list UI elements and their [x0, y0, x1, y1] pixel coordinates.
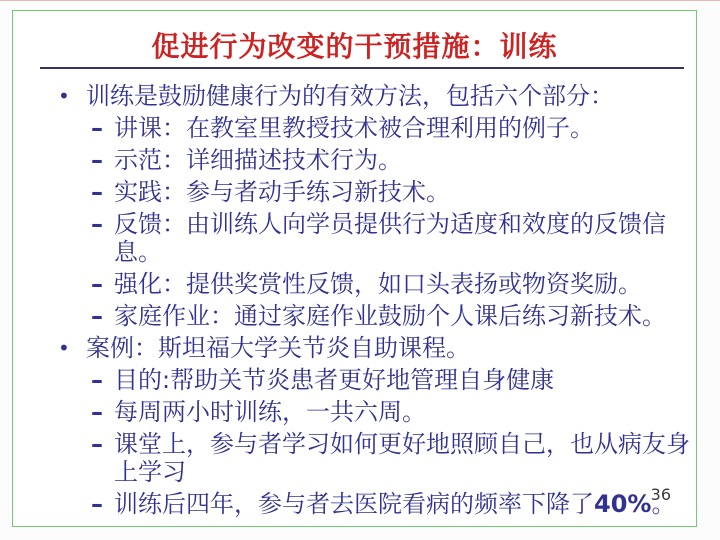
bullet-item: – 目的:帮助关节炎患者更好地管理自身健康: [91, 366, 690, 394]
bullet-item: – 实践：参与者动手练习新技术。: [91, 178, 690, 206]
bullet-text: 每周两小时训练，一共六周。: [114, 398, 426, 426]
bullet-item: – 训练后四年，参与者去医院看病的频率下降了40%。: [91, 490, 690, 518]
slide-title: 促进行为改变的干预措施：训练: [23, 31, 686, 63]
bullet-marker-icon: –: [91, 302, 114, 330]
bullet-list: • 训练是鼓励健康行为的有效方法，包括六个部分： – 讲课：在教室里教授技术被合…: [13, 82, 696, 518]
bullet-marker-icon: –: [91, 366, 114, 394]
bullet-text: 训练是鼓励健康行为的有效方法，包括六个部分：: [86, 82, 614, 110]
bullet-marker-icon: –: [91, 178, 114, 206]
bullet-marker-icon: –: [91, 490, 114, 518]
bullet-item: – 家庭作业：通过家庭作业鼓励个人课后练习新技术。: [91, 302, 690, 330]
bullet-item: – 示范：详细描述技术行为。: [91, 146, 690, 174]
bullet-text: 课堂上，参与者学习如何更好地照顾自己，也从病友身上学习: [114, 430, 690, 486]
bullet-text: 实践：参与者动手练习新技术。: [114, 178, 450, 206]
bullet-text: 强化：提供奖赏性反馈，如口头表扬或物资奖励。: [114, 270, 642, 298]
bullet-item: – 课堂上，参与者学习如何更好地照顾自己，也从病友身上学习: [91, 430, 690, 486]
bullet-text: 目的:帮助关节炎患者更好地管理自身健康: [114, 366, 554, 394]
bullet-item: – 反馈：由训练人向学员提供行为适度和效度的反馈信息。: [91, 210, 690, 266]
bullet-item: • 案例：斯坦福大学关节炎自助课程。: [58, 334, 690, 362]
bullet-text: 家庭作业：通过家庭作业鼓励个人课后练习新技术。: [114, 302, 666, 330]
bullet-marker-icon: •: [58, 82, 86, 110]
bullet-marker-icon: –: [91, 114, 114, 142]
bullet-text: 讲课：在教室里教授技术被合理利用的例子。: [114, 114, 594, 142]
bullet-marker-icon: –: [91, 398, 114, 426]
bullet-marker-icon: •: [58, 334, 86, 362]
bullet-marker-icon: –: [91, 146, 114, 174]
bullet-marker-icon: –: [91, 270, 114, 298]
bullet-text: 反馈：由训练人向学员提供行为适度和效度的反馈信息。: [114, 210, 690, 266]
bullet-text: 示范：详细描述技术行为。: [114, 146, 402, 174]
bullet-item: • 训练是鼓励健康行为的有效方法，包括六个部分：: [58, 82, 690, 110]
bullet-item: – 强化：提供奖赏性反馈，如口头表扬或物资奖励。: [91, 270, 690, 298]
bullet-text: 训练后四年，参与者去医院看病的频率下降了40%。: [114, 490, 675, 518]
bullet-marker-icon: –: [91, 210, 114, 238]
bullet-item: – 每周两小时训练，一共六周。: [91, 398, 690, 426]
slide: 促进行为改变的干预措施：训练 • 训练是鼓励健康行为的有效方法，包括六个部分： …: [12, 10, 697, 527]
bullet-text: 案例：斯坦福大学关节炎自助课程。: [86, 334, 470, 362]
title-underline: [40, 67, 684, 69]
page-number: 36: [651, 485, 671, 504]
bullet-marker-icon: –: [91, 430, 114, 458]
top-edge-artifact: [0, 0, 720, 1]
bullet-item: – 讲课：在教室里教授技术被合理利用的例子。: [91, 114, 690, 142]
